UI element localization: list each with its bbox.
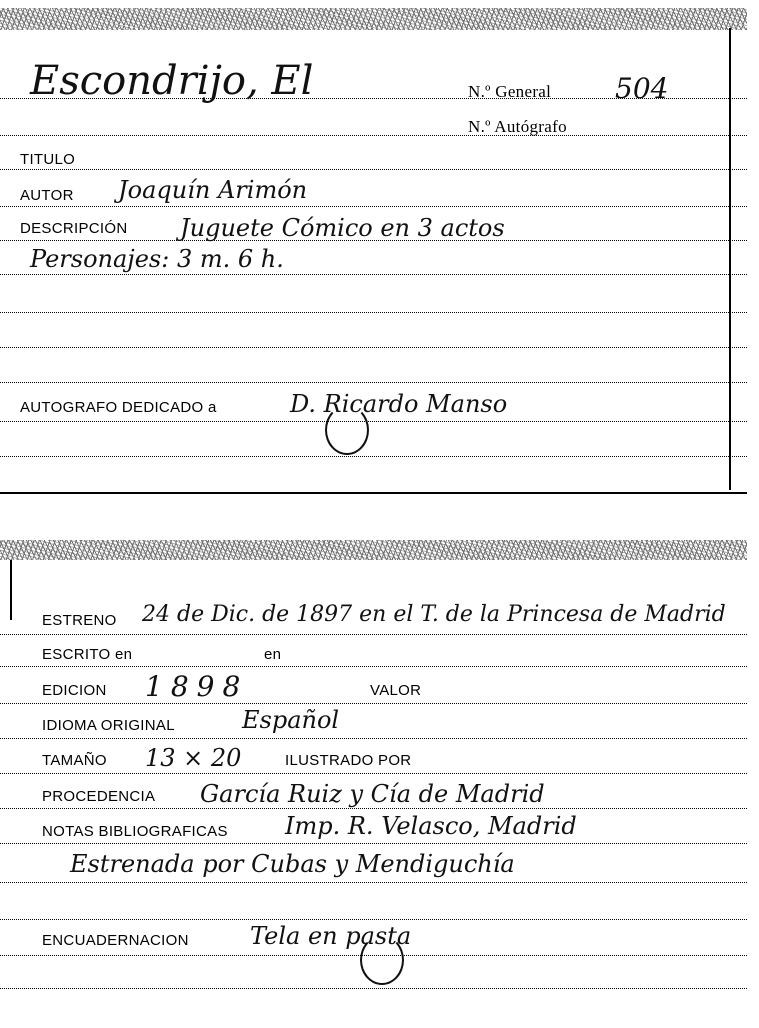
- general-number-label: N.º General: [468, 82, 551, 102]
- blank-row-1: [0, 275, 747, 313]
- blank-row-2: [0, 313, 747, 348]
- handwritten-title: Escondrijo, El: [30, 58, 313, 104]
- escrito-label-2: en: [264, 646, 281, 663]
- scan-noise-edge: [0, 8, 747, 30]
- tamano-label: TAMAÑO: [42, 752, 107, 769]
- edicion-value: 1898: [145, 670, 248, 703]
- catalog-card-front: Escondrijo, El N.º General 504 N.º Autóg…: [0, 0, 747, 494]
- edicion-label: EDICION: [42, 682, 107, 699]
- personajes-value: Personajes: 3 m. 6 h.: [30, 245, 284, 273]
- descripcion-label: DESCRIPCIÓN: [20, 220, 127, 237]
- catalog-card-back: ESTRENO 24 de Dic. de 1897 en el T. de l…: [0, 540, 747, 1028]
- scan-noise-edge: [0, 540, 747, 560]
- blank-row-3: [0, 348, 747, 383]
- ilustrado-label: ILUSTRADO POR: [285, 752, 411, 769]
- autograph-number-row: [0, 100, 747, 136]
- idioma-value: Español: [242, 706, 339, 734]
- tamano-value: 13 × 20: [145, 744, 241, 772]
- procedencia-value: García Ruiz y Cía de Madrid: [200, 780, 545, 808]
- titulo-label: TITULO: [20, 151, 75, 168]
- escrito-label: ESCRITO en: [42, 646, 132, 663]
- estreno-value: 24 de Dic. de 1897 en el T. de la Prince…: [142, 602, 726, 627]
- titulo-row: [0, 140, 747, 170]
- autograph-number-label: N.º Autógrafo: [468, 117, 567, 137]
- notas-label: NOTAS BIBLIOGRAFICAS: [42, 823, 228, 840]
- autografo-dedicado-label: AUTOGRAFO DEDICADO a: [20, 399, 217, 416]
- valor-label: VALOR: [370, 682, 421, 699]
- blank-row-5: [0, 883, 747, 920]
- autor-row: [0, 170, 747, 207]
- idioma-label: IDIOMA ORIGINAL: [42, 717, 175, 734]
- autor-label: AUTOR: [20, 187, 74, 204]
- estreno-label: ESTRENO: [42, 612, 117, 629]
- procedencia-label: PROCEDENCIA: [42, 788, 155, 805]
- encuadernacion-label: ENCUADERNACION: [42, 932, 189, 949]
- notas-value: Imp. R. Velasco, Madrid: [285, 812, 577, 840]
- autografo-dedicado-value: D. Ricardo Manso: [290, 390, 507, 418]
- blank-row-4: [0, 422, 747, 457]
- notas-continuation-value: Estrenada por Cubas y Mendiguchía: [70, 850, 515, 878]
- blank-row-6: [0, 956, 747, 989]
- autor-value: Joaquín Arimón: [118, 176, 307, 204]
- descripcion-value: Juguete Cómico en 3 actos: [180, 214, 505, 242]
